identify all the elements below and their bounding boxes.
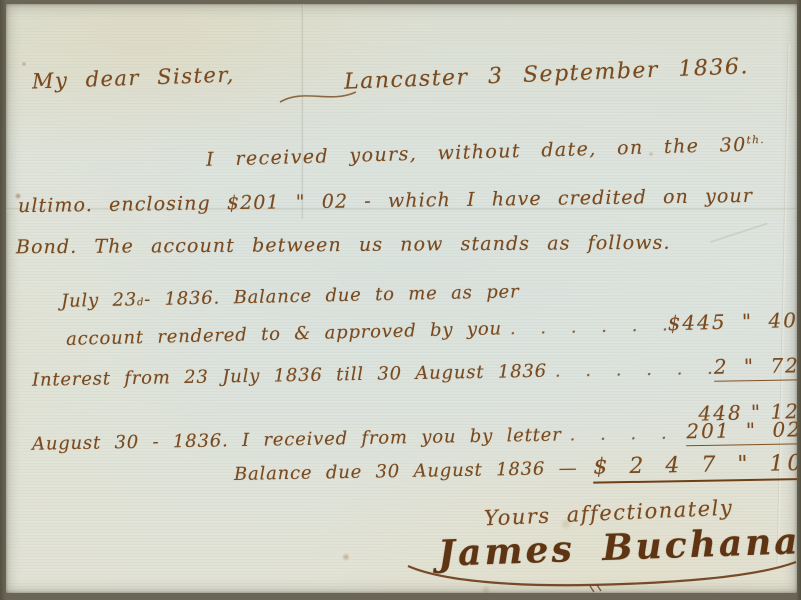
account-row-received-label: August 30 - 1836. I received from you by… <box>32 424 562 454</box>
dateline: Lancaster 3 September 1836. <box>344 54 750 95</box>
account-row-balance-due: Balance due 30 August 1836 — $ 2 4 7 " 1… <box>234 451 797 490</box>
body-line-1-superscript: th. <box>746 134 765 147</box>
account-row-balance-label: Balance due 30 August 1836 — <box>234 458 578 485</box>
vertical-crease <box>301 4 304 219</box>
amount-received-201-02: 201 " 02 <box>686 417 797 446</box>
signature-flourish-icon <box>404 552 797 593</box>
letter-paper: My dear Sister, Lancaster 3 September 18… <box>6 4 797 593</box>
dotted-leader: . . . . . . . . <box>502 314 668 339</box>
diagonal-crease <box>710 223 768 244</box>
right-edge-crease <box>777 44 791 564</box>
salutation: My dear Sister, <box>32 62 236 93</box>
dotted-leader: . . . . . . . . . <box>547 358 714 382</box>
account-row-interest-label: Interest from 23 July 1836 till 30 Augus… <box>32 361 547 391</box>
account-row-rendered: account rendered to & approved by you . … <box>66 308 797 350</box>
scan-background: My dear Sister, Lancaster 3 September 18… <box>0 0 801 600</box>
dotted-leader: . . . . . <box>561 422 686 445</box>
account-row-july-text: - 1836. Balance due to me as per <box>144 281 520 310</box>
body-line-1-text: I received yours, without date, on the 3… <box>206 134 747 171</box>
account-row-july: July 23d - 1836. Balance due to me as pe… <box>61 279 621 312</box>
body-line-1: I received yours, without date, on the 3… <box>206 133 766 171</box>
amount-interest-2-72: 2 " 72 <box>714 353 797 381</box>
account-row-rendered-label: account rendered to & approved by you <box>66 318 502 350</box>
body-line-3: Bond. The account between us now stands … <box>16 232 671 259</box>
amount-balance-445: $445 " 40 <box>667 308 797 335</box>
account-row-july-date: July 23 <box>61 289 137 312</box>
account-row-interest: Interest from 23 July 1836 till 30 Augus… <box>32 353 797 393</box>
amount-balance-247-10: $ 2 4 7 " 10 <box>593 451 797 484</box>
body-line-2: ultimo. enclosing $201 " 02 - which I ha… <box>18 185 753 217</box>
account-row-received: August 30 - 1836. I received from you by… <box>32 417 797 457</box>
